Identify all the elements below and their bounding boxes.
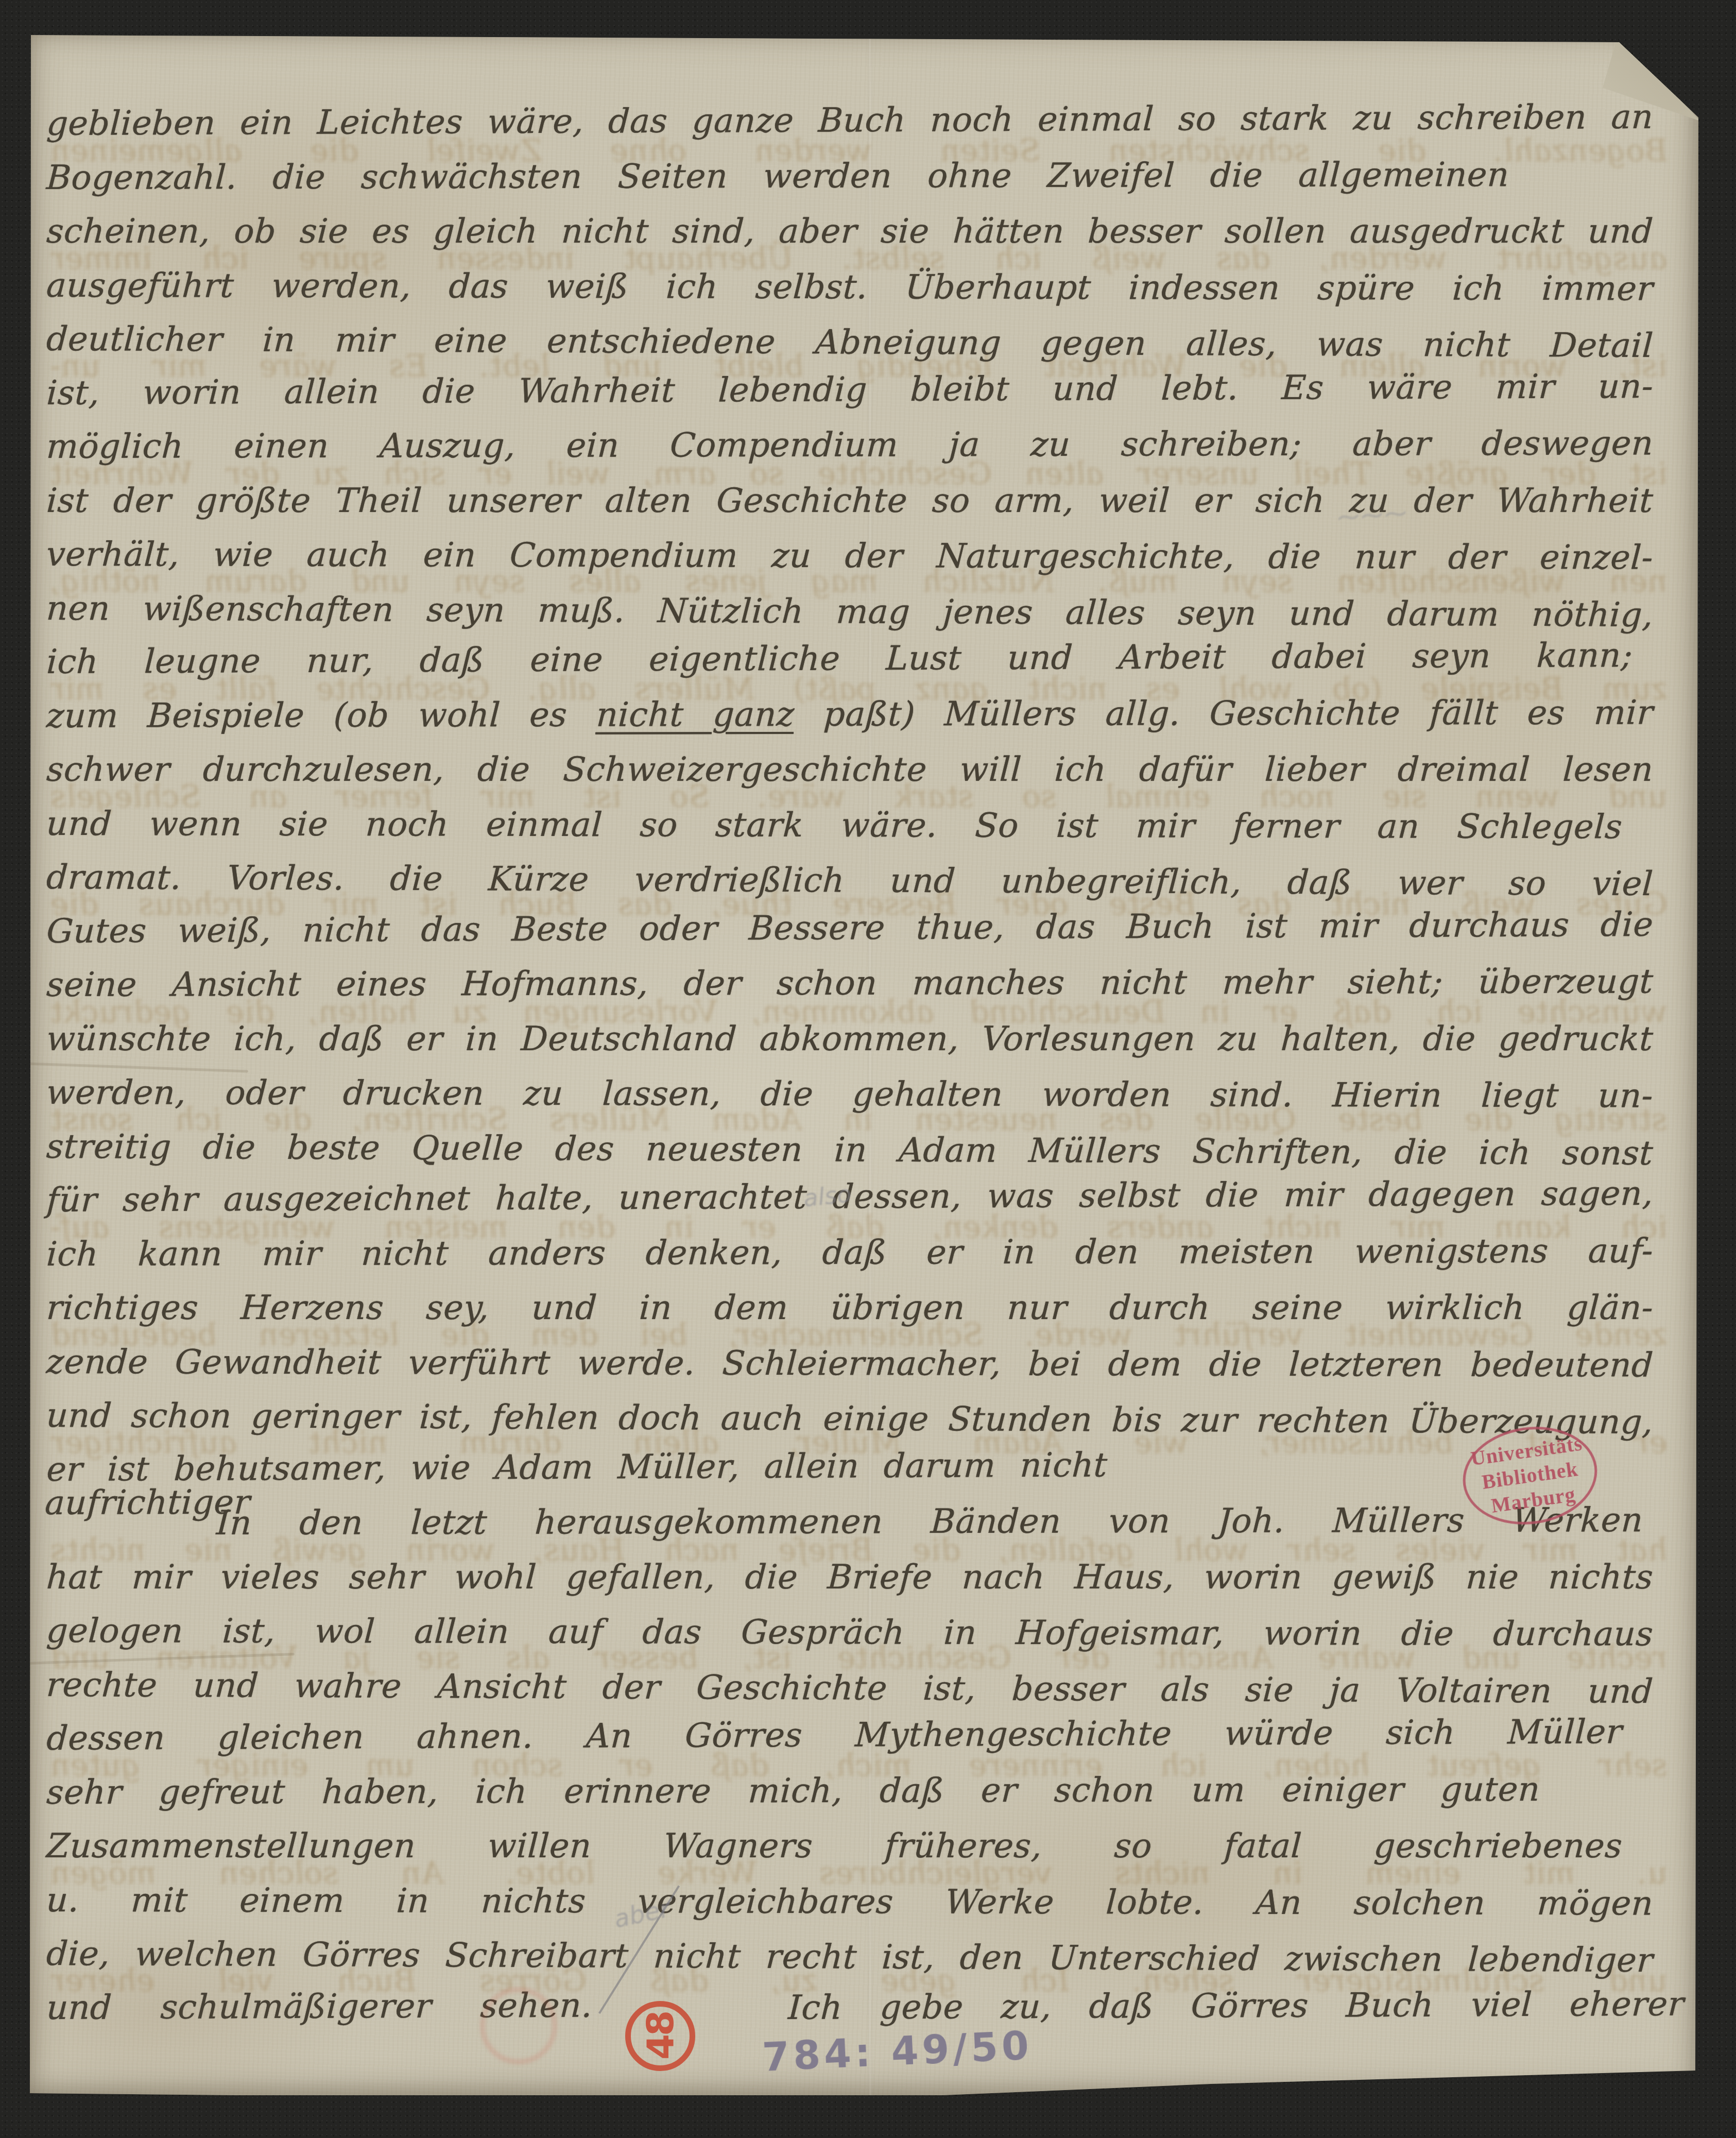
scan-background: Bogenzahl. die schwächsten Seiten werden…	[0, 0, 1736, 2138]
letter-line: und schon geringer ist, fehlen doch auch…	[45, 1399, 1654, 1439]
letter-line: die, welchen Görres Schreibart nicht rec…	[45, 1937, 1654, 1977]
letter-line: deutlicher in mir eine entschiedene Abne…	[45, 322, 1654, 363]
letter-line: Zusammenstellungen willen Wagners früher…	[46, 1829, 1623, 1863]
letter-line: werden, oder drucken zu lassen, die geha…	[45, 1076, 1654, 1113]
letter-line: und wenn sie noch einmal so stark wäre. …	[45, 807, 1623, 844]
pencil-squiggle: ~~~	[1334, 493, 1407, 536]
letter-line: Gutes weiß, nicht das Beste oder Bessere…	[46, 908, 1654, 948]
letter-line: Bogenzahl. die schwächsten Seiten werden…	[46, 158, 1510, 195]
letter-line: sehr gefreut haben, ich erinnere mich, d…	[46, 1772, 1541, 1809]
letter-line: richtiges Herzens sey, und in dem übrige…	[46, 1291, 1654, 1325]
letter-line: hat mir vieles sehr wohl gefallen, die B…	[46, 1561, 1654, 1594]
letter-line: scheinen, ob sie es gleich nicht sind, a…	[46, 215, 1654, 248]
letter-line: dramat. Vorles. die Kürze verdrießlich u…	[45, 861, 1654, 901]
letter-line: ausgeführt werden, das weiß ich selbst. …	[45, 269, 1654, 306]
letter-line: u. mit einem in nichts vergleichbares We…	[45, 1884, 1654, 1921]
letter-line: schwer durchzulesen, die Schweizergeschi…	[46, 753, 1654, 786]
letter-line: ist der größte Theil unserer alten Gesch…	[46, 484, 1654, 518]
letter-line: wünschte ich, daß er in Deutschland abko…	[46, 1022, 1654, 1056]
accession-stamp-ink-offset	[480, 1987, 557, 2064]
accession-stamp: 48	[625, 2001, 695, 2071]
letter-line: rechte und wahre Ansicht der Geschichte …	[45, 1668, 1654, 1708]
letter-line: dessen gleichen ahnen. An Görres Mytheng…	[46, 1715, 1623, 1755]
letter-line: zende Gewandheit verführt werde. Schleie…	[45, 1345, 1654, 1382]
letter-line: Ich gebe zu, daß Görres Buch viel eherer	[787, 1987, 1685, 2024]
shelfmark-pencil: 784: 49/50	[761, 2023, 1033, 2080]
accession-stamp-number: 48	[639, 2012, 682, 2060]
letter-line: zum Beispiele (ob wohl es nicht ganz paß…	[46, 696, 1654, 733]
pencil-note-also: also	[802, 1179, 852, 1212]
letter-line: verhält, wie auch ein Compendium zu der …	[45, 538, 1654, 575]
letter-line: geblieben ein Leichtes wäre, das ganze B…	[46, 100, 1654, 141]
letter-page: Bogenzahl. die schwächsten Seiten werden…	[27, 30, 1698, 2095]
letter-line: nen wißenschaften seyn muß. Nützlich mag…	[45, 592, 1654, 632]
letter-line: ich leugne nur, daß eine eigentliche Lus…	[46, 639, 1634, 679]
letter-line: möglich einen Auszug, ein Compendium ja …	[46, 426, 1654, 464]
paper-crease	[27, 1062, 248, 1072]
letter-line: ich kann mir nicht anders denken, daß er…	[46, 1234, 1654, 1271]
letter-line: seine Ansicht eines Hofmanns, der schon …	[46, 965, 1654, 1002]
letter-line: gelogen ist, wol allein auf das Gespräch…	[45, 1614, 1654, 1651]
letter-line: ist, worin allein die Wahrheit lebendig …	[46, 369, 1654, 409]
letter-line: streitig die beste Quelle des neuesten i…	[45, 1130, 1654, 1170]
letter-line: In den letzt herausgekommenen Bänden von…	[216, 1503, 1644, 1540]
